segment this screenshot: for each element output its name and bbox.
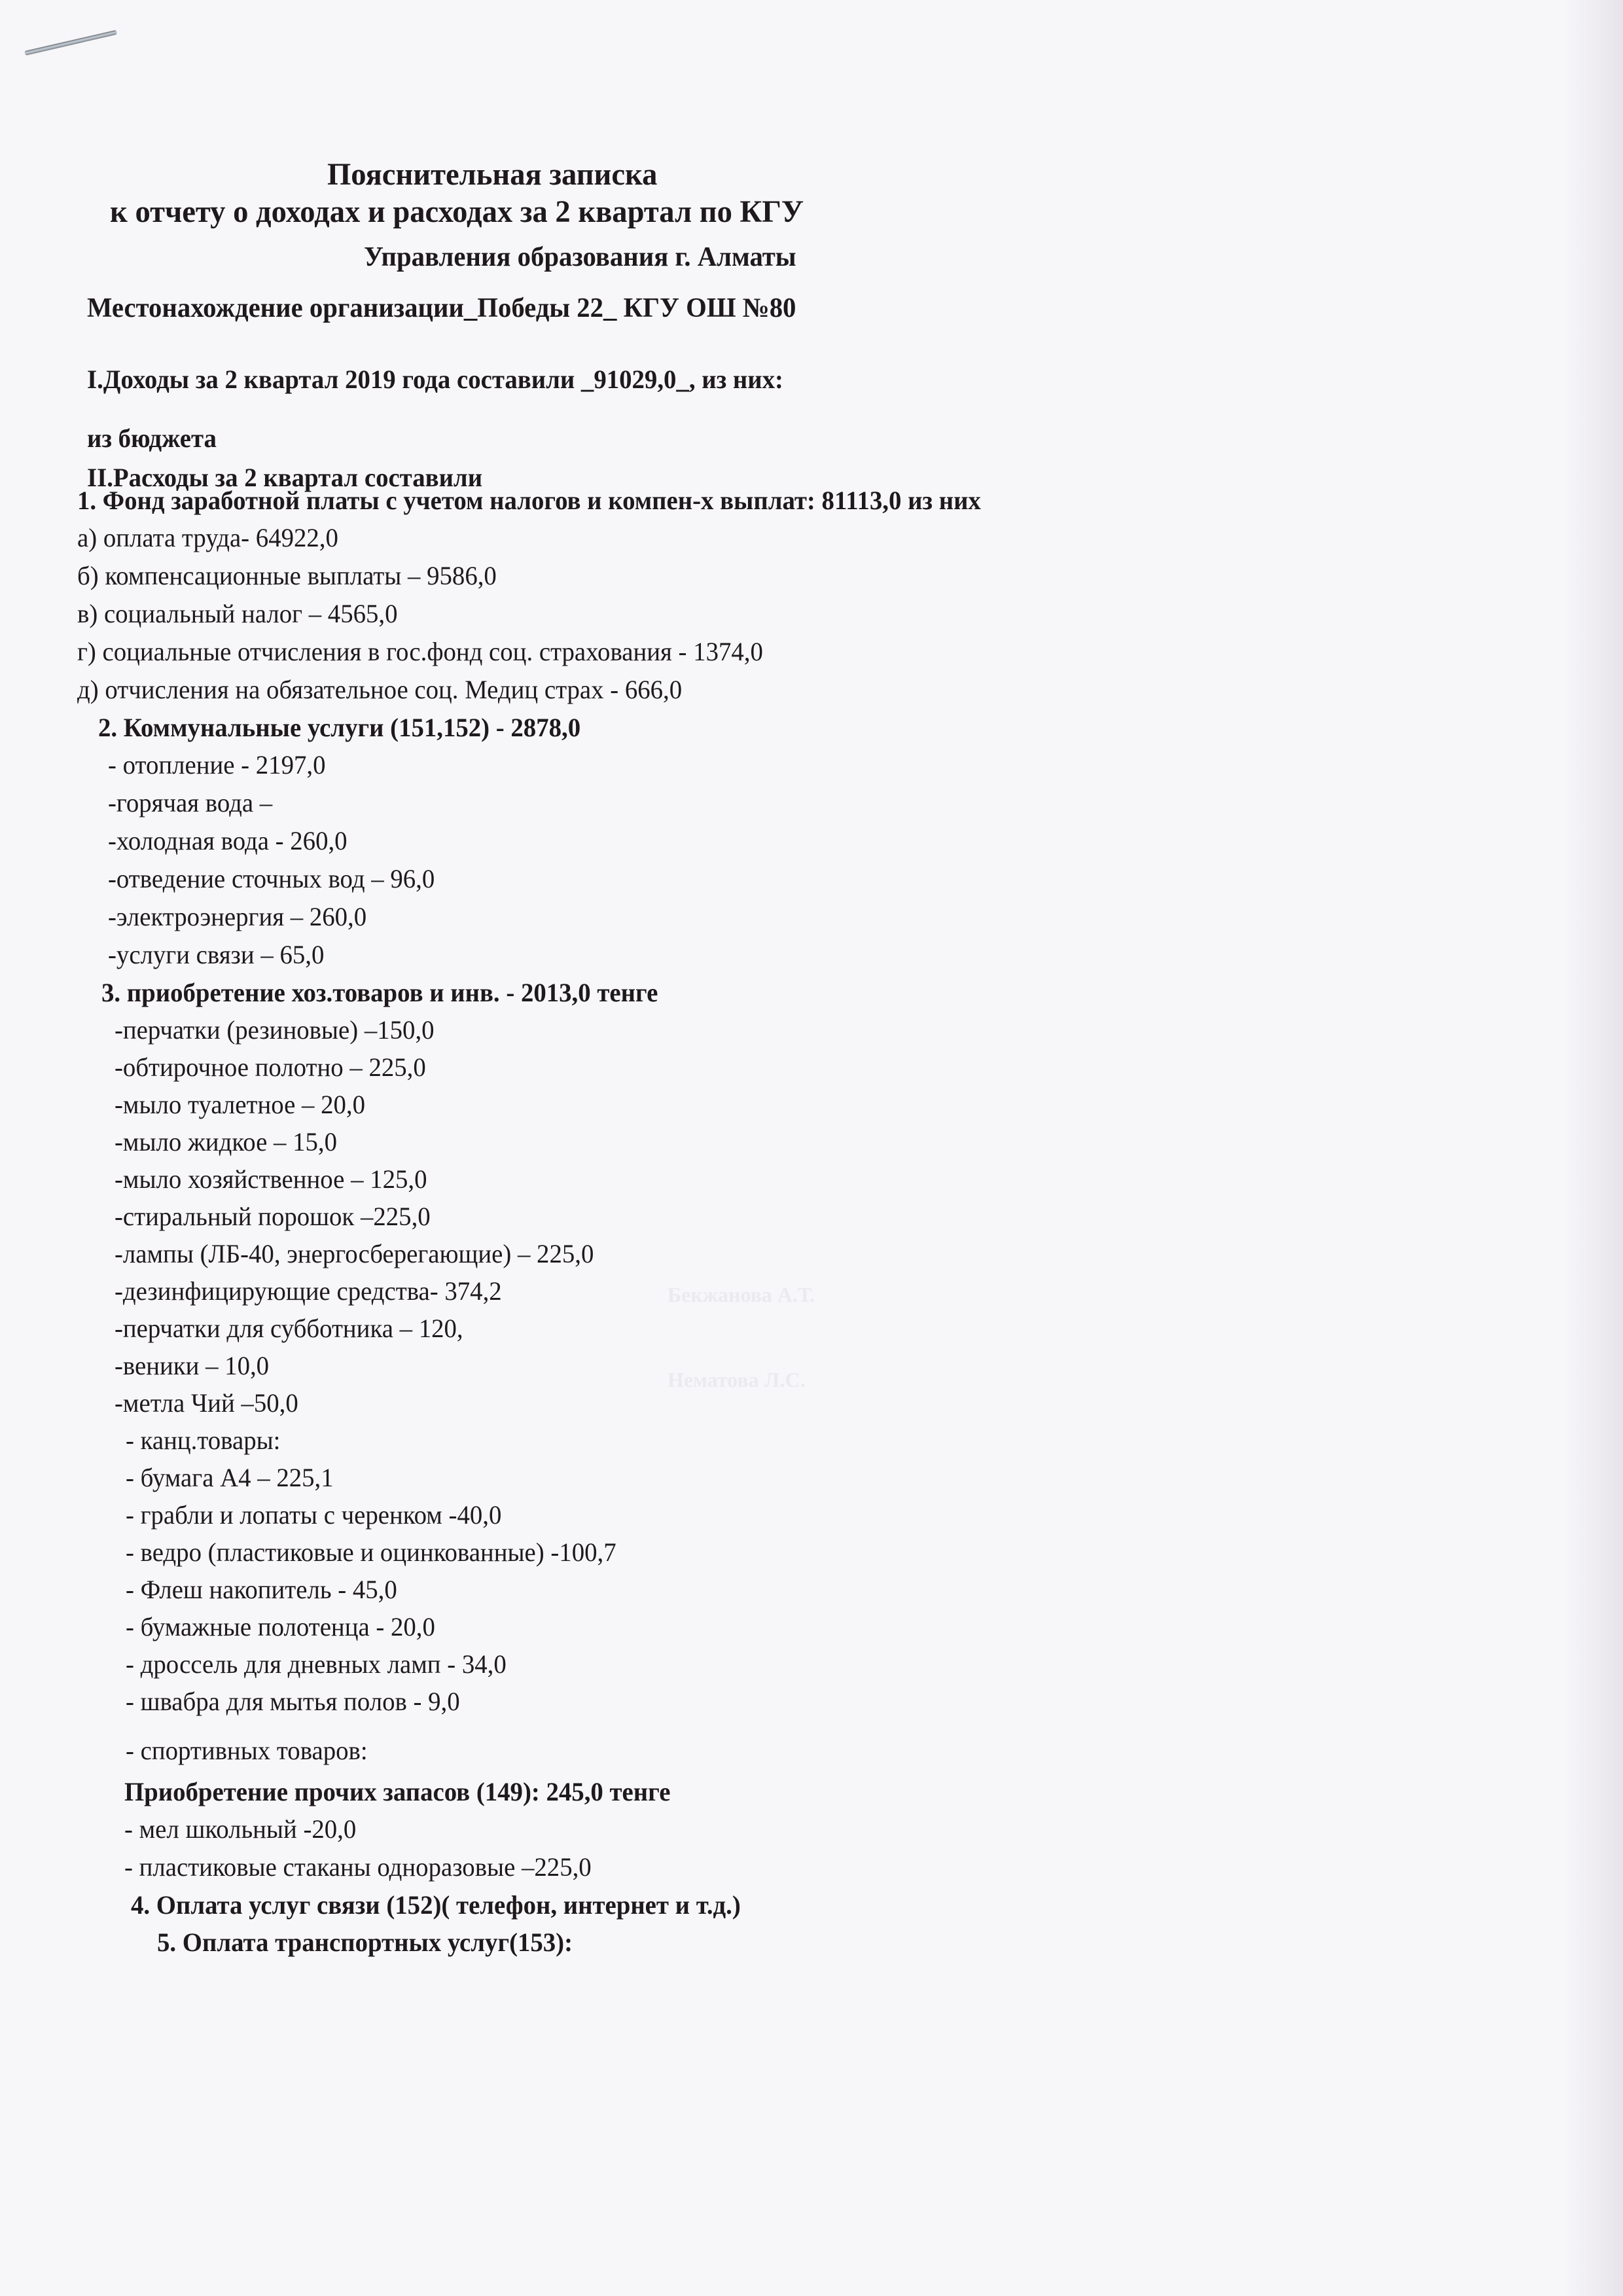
expense-section-heading: 2. Коммунальные услуги (151,152) - 2878,… xyxy=(98,715,580,741)
expense-line-item: а) оплата труда- 64922,0 xyxy=(77,525,338,551)
expense-line-item: д) отчисления на обязательное соц. Медиц… xyxy=(77,677,682,703)
expense-line-item: - ведро (пластиковые и оцинкованные) -10… xyxy=(126,1539,616,1566)
organization-line: Управления образования г. Алматы xyxy=(364,243,796,271)
expense-line-item: -метла Чий –50,0 xyxy=(115,1390,298,1416)
expense-line-item: в) социальный налог – 4565,0 xyxy=(77,601,398,627)
expense-line-item: -мыло туалетное – 20,0 xyxy=(115,1092,365,1118)
bleed-through-signature-2: Нематова Л.С. xyxy=(668,1368,806,1392)
expense-line-item: - отопление - 2197,0 xyxy=(108,752,325,778)
expense-line-item: -мыло хозяйственное – 125,0 xyxy=(115,1166,427,1193)
expense-section-heading: 5. Оплата транспортных услуг(153): xyxy=(157,1929,573,1956)
page-edge-shade xyxy=(1564,0,1623,2296)
bleed-through-signature-1: Бекжанова А.Т. xyxy=(668,1283,815,1307)
expense-line-item: -отведение сточных вод – 96,0 xyxy=(108,866,435,892)
expense-line-item: -мыло жидкое – 15,0 xyxy=(115,1129,337,1155)
expense-line-item: - бумага А4 – 225,1 xyxy=(126,1465,334,1491)
income-heading: I.Доходы за 2 квартал 2019 года составил… xyxy=(87,367,783,393)
expense-line-item: -перчатки (резиновые) –150,0 xyxy=(115,1017,435,1043)
expense-line-item: - дроссель для дневных ламп - 34,0 xyxy=(126,1651,507,1677)
expense-line-item: -обтирочное полотно – 225,0 xyxy=(115,1054,426,1081)
expense-line-item: г) социальные отчисления в гос.фонд соц.… xyxy=(77,639,763,665)
income-source: из бюджета xyxy=(87,425,217,452)
expense-line-item: -лампы (ЛБ-40, энергосберегающие) – 225,… xyxy=(115,1241,594,1267)
expense-line-item: -холодная вода - 260,0 xyxy=(108,828,348,854)
document-title: Пояснительная записка xyxy=(327,159,657,190)
expense-section-heading: Приобретение прочих запасов (149): 245,0… xyxy=(124,1779,670,1805)
expense-line-item: - пластиковые стаканы одноразовые –225,0 xyxy=(124,1854,592,1880)
expense-line-item: -веники – 10,0 xyxy=(115,1353,269,1379)
expense-line-item: -перчатки для субботника – 120, xyxy=(115,1316,463,1342)
expense-section-heading: 3. приобретение хоз.товаров и инв. - 201… xyxy=(101,980,658,1006)
staple xyxy=(24,30,117,56)
expense-line-item: - швабра для мытья полов - 9,0 xyxy=(126,1689,460,1715)
expense-line-item: - грабли и лопаты с черенком -40,0 xyxy=(126,1502,501,1528)
expense-line-item: -дезинфицирующие средства- 374,2 xyxy=(115,1278,502,1304)
expense-line-item: - Флеш накопитель - 45,0 xyxy=(126,1577,397,1603)
location-line: Местонахождение организации_Победы 22_ К… xyxy=(87,295,796,322)
expense-line-item: - мел школьный -20,0 xyxy=(124,1816,356,1842)
expense-line-item: б) компенсационные выплаты – 9586,0 xyxy=(77,563,497,589)
expense-section-heading: 1. Фонд заработной платы с учетом налого… xyxy=(77,488,981,514)
document-subtitle: к отчету о доходах и расходах за 2 кварт… xyxy=(110,196,804,228)
expense-line-item: -горячая вода – xyxy=(108,790,272,816)
expense-line-item: - канц.товары: xyxy=(126,1427,280,1454)
expense-line-item: - бумажные полотенца - 20,0 xyxy=(126,1614,435,1640)
expense-line-item: - спортивных товаров: xyxy=(126,1738,368,1764)
expense-section-heading: 4. Оплата услуг связи (152)( телефон, ин… xyxy=(131,1892,741,1918)
expense-line-item: -электроэнергия – 260,0 xyxy=(108,904,366,930)
expense-line-item: -услуги связи – 65,0 xyxy=(108,942,324,968)
expense-line-item: -стиральный порошок –225,0 xyxy=(115,1204,431,1230)
